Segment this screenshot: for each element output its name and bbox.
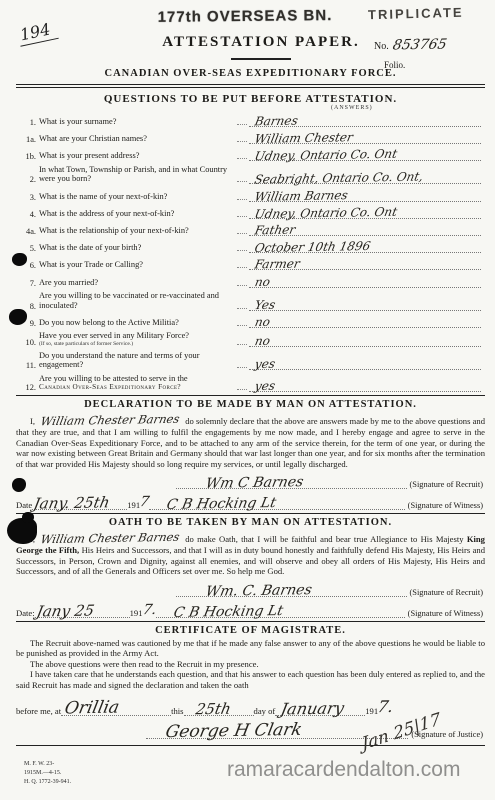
- witness-line: C B Hocking Lt: [156, 603, 405, 618]
- handwritten-date: Jany. 25th: [32, 493, 111, 512]
- witness-signature: C B Hocking Lt: [165, 495, 277, 513]
- question-text: What is the name of your next-of-kin?: [39, 192, 235, 202]
- handwritten-answer: no: [254, 334, 272, 348]
- this-label: this: [171, 706, 183, 716]
- section-rule: [16, 621, 485, 622]
- question-row: 6.What is your Trade or Calling?Farmer: [16, 256, 485, 270]
- question-row: 4.What is the address of your next-of-ki…: [16, 205, 485, 219]
- question-row: 4a.What is the relationship of your next…: [16, 222, 485, 236]
- folio-label: Folio.: [384, 60, 405, 70]
- question-number: 1b.: [16, 152, 39, 161]
- dotted-leader: [237, 233, 247, 234]
- answer-line: yes: [249, 356, 481, 370]
- question-row: 2.In what Town, Township or Parish, and …: [16, 165, 485, 185]
- question-text: What is your surname?: [39, 117, 235, 127]
- question-row: 5.What is the date of your birth?October…: [16, 239, 485, 253]
- handwritten-answer: William Barnes: [253, 188, 349, 204]
- handwritten-place: Orillia: [63, 698, 121, 719]
- declaration-paragraph: I,William Chester Barnesdo solemnly decl…: [16, 413, 485, 469]
- questions-list: 1.What is your surname?Barnes 1a.What ar…: [16, 113, 485, 392]
- question-text-main: Have you ever served in any Military For…: [39, 331, 189, 340]
- certificate-paragraph-1: The Recruit above-named was cautioned by…: [16, 638, 485, 659]
- question-text: What is your present address?: [39, 151, 235, 161]
- declaration-heading: DECLARATION TO BE MADE BY MAN ON ATTESTA…: [16, 399, 485, 410]
- declaration-recruit-signature-row: Wm C Barnes (Signature of Recruit): [16, 474, 485, 489]
- dotted-leader: [237, 216, 247, 217]
- certificate-paragraph-3: I have taken care that he understands ea…: [16, 669, 485, 690]
- dotted-leader: [237, 199, 247, 200]
- date-line: Jany. 25th: [32, 495, 127, 510]
- certificate-heading: CERTIFICATE OF MAGISTRATE.: [16, 625, 485, 636]
- day-of-label: day of: [254, 706, 276, 716]
- ink-blot: [7, 518, 37, 544]
- dotted-leader: [237, 389, 247, 390]
- handwritten-answer: Udney, Ontario Co. Ont: [253, 205, 398, 221]
- signature-line: Wm. C. Barnes: [176, 582, 407, 597]
- date-label: Date:: [16, 608, 35, 618]
- answer-line: Farmer: [249, 256, 481, 270]
- justice-signature: George H Clark: [164, 720, 304, 742]
- handwritten-answer: no: [254, 315, 272, 329]
- dotted-leader: [237, 285, 247, 286]
- oath-body-1: do make Oath, that I will be faithful an…: [185, 534, 463, 544]
- question-number: 4.: [16, 210, 39, 219]
- no-label: No.: [374, 41, 389, 52]
- handwritten-answer: Father: [254, 223, 297, 238]
- answer-line: William Barnes: [249, 188, 481, 202]
- question-number: 12.: [16, 383, 39, 392]
- handwritten-date: Jany 25: [35, 601, 96, 620]
- date-label: Date: [16, 500, 32, 510]
- question-number: 11.: [16, 361, 39, 370]
- oath-recruit-signature-row: Wm. C. Barnes (Signature of Recruit): [16, 582, 485, 597]
- question-row: 8.Are you willing to be vaccinated or re…: [16, 291, 485, 311]
- question-text: In what Town, Township or Parish, and in…: [39, 165, 235, 185]
- question-number: 3.: [16, 193, 39, 202]
- question-row: 10.Have you ever served in any Military …: [16, 331, 485, 348]
- answer-line: William Chester: [249, 130, 481, 144]
- question-text: What is the relationship of your next-of…: [39, 226, 235, 236]
- handwritten-answer: Barnes: [254, 114, 300, 129]
- answer-line: Seabright, Ontario Co. Ont,: [249, 170, 481, 184]
- answer-line: no: [249, 274, 481, 288]
- declaration-date-row: Date Jany. 25th 1917 C B Hocking Lt (Sig…: [16, 494, 485, 510]
- oath-paragraph: I,William Chester Barnesdo make Oath, th…: [16, 531, 485, 576]
- dotted-leader: [237, 250, 247, 251]
- witness-signature-label: (Signature of Witness): [405, 501, 485, 510]
- place-line: Orillia: [61, 697, 171, 716]
- before-label: before me, at: [16, 706, 61, 716]
- oath-date-row: Date: Jany 25 1917. C B Hocking Lt (Sign…: [16, 602, 485, 618]
- question-row: 7.Are you married?no: [16, 274, 485, 288]
- dotted-leader: [237, 367, 247, 368]
- dotted-leader: [237, 308, 247, 309]
- day-line: 25th: [184, 697, 254, 716]
- certificate-text-2: The above questions were then read to th…: [30, 659, 259, 669]
- answer-line: Udney, Ontario Co. Ont: [249, 147, 481, 161]
- question-row: 9.Do you now belong to the Active Militi…: [16, 314, 485, 328]
- signature-line: Wm C Barnes: [176, 474, 407, 489]
- question-number: 7.: [16, 279, 39, 288]
- dotted-leader: [237, 124, 247, 125]
- date-line: Jany 25: [35, 603, 130, 618]
- handwritten-month: January: [279, 698, 346, 718]
- handwritten-name: William Chester Barnes: [39, 530, 180, 546]
- question-text-main: Are you willing to be attested to serve …: [39, 374, 188, 383]
- certificate-text-3: I have taken care that he understands ea…: [16, 669, 485, 689]
- handwritten-answer: Yes: [254, 297, 277, 311]
- question-text: Do you understand the nature and terms o…: [39, 351, 235, 371]
- witness-signature: C B Hocking Lt: [172, 603, 284, 621]
- bottom-rule: [16, 745, 485, 746]
- witness-signature-label: (Signature of Witness): [405, 609, 485, 618]
- question-text: What is the address of your next-of-kin?: [39, 209, 235, 219]
- question-text: Have you ever served in any Military For…: [39, 331, 235, 348]
- answer-line: Udney, Ontario Co. Ont: [249, 205, 481, 219]
- attestation-paper-scan: 194 177th OVERSEAS BN. TRIPLICATE ATTEST…: [0, 0, 495, 800]
- question-note: (If so, state particulars of former Serv…: [39, 341, 235, 348]
- question-number: 1a.: [16, 135, 39, 144]
- question-row: 1a.What are your Christian names?William…: [16, 130, 485, 144]
- answer-line: Yes: [249, 297, 481, 311]
- question-row: 1b.What is your present address?Udney, O…: [16, 147, 485, 161]
- answers-label: (ANSWERS): [331, 105, 485, 111]
- question-text-caps: Canadian Over-Seas Expeditionary Force?: [39, 383, 235, 391]
- answer-line: yes: [249, 378, 481, 392]
- year-handwritten: 7.: [376, 697, 395, 716]
- question-text: Are you married?: [39, 278, 235, 288]
- handwritten-answer: Farmer: [254, 257, 302, 272]
- question-text: What is the date of your birth?: [39, 243, 235, 253]
- answer-line: October 10th 1896: [249, 239, 481, 253]
- recruit-signature-label: (Signature of Recruit): [407, 480, 486, 489]
- section-rule: [16, 513, 485, 514]
- answer-line: Father: [249, 222, 481, 236]
- question-text: What are your Christian names?: [39, 134, 235, 144]
- question-text: Are you willing to be attested to serve …: [39, 374, 235, 392]
- question-row: 1.What is your surname?Barnes: [16, 113, 485, 127]
- questions-heading: QUESTIONS TO BE PUT BEFORE ATTESTATION.: [16, 93, 485, 105]
- double-rule: [16, 84, 485, 88]
- question-row: 12.Are you willing to be attested to ser…: [16, 374, 485, 392]
- printed-i: I,: [30, 416, 35, 426]
- question-number: 2.: [16, 175, 39, 184]
- certificate-text-1: The Recruit above-named was cautioned by…: [16, 638, 485, 658]
- question-number: 1.: [16, 118, 39, 127]
- handwritten-answer: October 10th 1896: [253, 239, 371, 255]
- question-row: 3.What is the name of your next-of-kin?W…: [16, 188, 485, 202]
- dotted-leader: [237, 181, 247, 182]
- question-text: What is your Trade or Calling?: [39, 260, 235, 270]
- witness-line: C B Hocking Lt: [149, 495, 405, 510]
- certificate-paragraph-2: The above questions were then read to th…: [16, 659, 485, 669]
- handwritten-answer: Udney, Ontario Co. Ont: [253, 147, 398, 163]
- dotted-leader: [237, 141, 247, 142]
- handwritten-answer: Seabright, Ontario Co. Ont,: [253, 170, 424, 187]
- serial-number-handwritten: 853765: [391, 37, 448, 54]
- handwritten-answer: yes: [254, 357, 277, 371]
- question-number: 10.: [16, 338, 39, 347]
- oath-heading: OATH TO BE TAKEN BY MAN ON ATTESTATION.: [16, 517, 485, 528]
- handwritten-answer: William Chester: [253, 130, 354, 146]
- question-text: Do you now belong to the Active Militia?: [39, 318, 235, 328]
- page-title: ATTESTATION PAPER.: [136, 34, 386, 51]
- month-line: January: [275, 697, 365, 716]
- title-row: ATTESTATION PAPER. No.853765 Folio.: [16, 34, 485, 56]
- answer-line: no: [249, 314, 481, 328]
- recruit-signature: Wm. C. Barnes: [204, 582, 313, 600]
- question-text: Are you willing to be vaccinated or re-v…: [39, 291, 235, 311]
- handwritten-name: William Chester Barnes: [39, 412, 180, 428]
- recruit-signature-label: (Signature of Recruit): [407, 588, 486, 597]
- question-number: 5.: [16, 244, 39, 253]
- answer-line: no: [249, 333, 481, 347]
- dotted-leader: [237, 325, 247, 326]
- title-underline: [231, 58, 291, 60]
- force-line: CANADIAN OVER-SEAS EXPEDITIONARY FORCE.: [16, 68, 485, 79]
- question-number: 4a.: [16, 227, 39, 236]
- handwritten-answer: no: [254, 274, 272, 288]
- dotted-leader: [237, 158, 247, 159]
- section-rule: [16, 395, 485, 396]
- recruit-signature: Wm C Barnes: [204, 474, 305, 492]
- oath-body-2: His Heirs and Successors, and that I wil…: [16, 545, 485, 576]
- answer-line: Barnes: [249, 113, 481, 127]
- question-row: 11.Do you understand the nature and term…: [16, 351, 485, 371]
- watermark-text: ramaracardendalton.com: [227, 758, 460, 782]
- handwritten-day: 25th: [194, 700, 232, 719]
- dotted-leader: [237, 344, 247, 345]
- year-printed: 191: [130, 608, 143, 618]
- before-me-row: before me, at Orillia this 25th day of J…: [16, 696, 485, 716]
- serial-number: No.853765: [374, 37, 446, 53]
- dotted-leader: [237, 267, 247, 268]
- handwritten-answer: yes: [254, 379, 277, 393]
